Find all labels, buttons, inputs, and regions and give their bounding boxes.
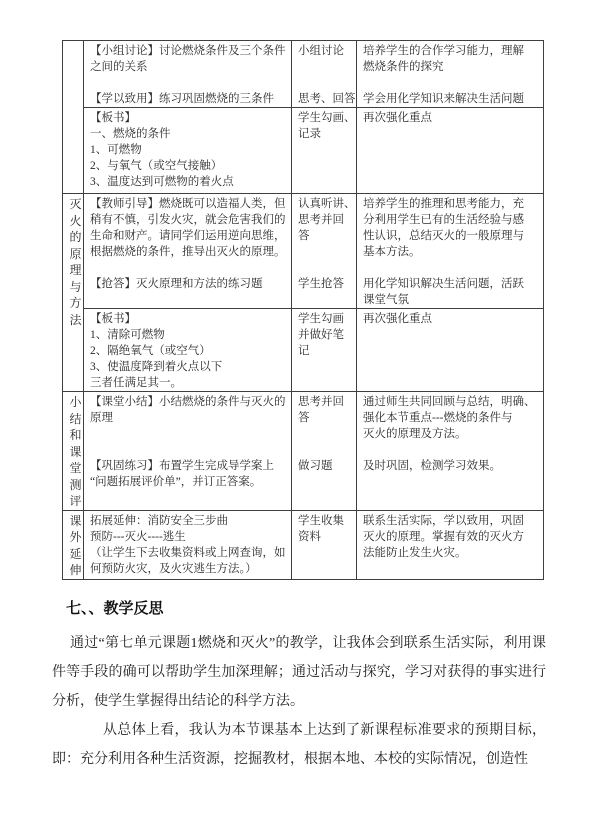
student-activity-text: 小组讨论 思考、回答: [298, 43, 352, 107]
cell-design-intent: 再次强化重点: [357, 108, 544, 194]
row-group-header-label: 小结和课堂测评: [69, 394, 82, 510]
design-intent-text: 再次强化重点: [363, 110, 539, 126]
cell-student-activity: 学生勾画 并做好笔 记: [292, 309, 357, 392]
cell-teacher-activity: 【课堂小结】小结燃烧的条件与灭火的 原理 【巩固练习】布置学生完成导学案上 “问…: [84, 392, 292, 511]
student-activity-text: 认真听讲、 思考并回 答 学生抢答: [298, 196, 352, 292]
cell-teacher-activity: 【教师引导】燃烧既可以造福人类，但 稍有不慎，引发火灾，就会危害我们的 生命和财…: [84, 194, 292, 309]
student-activity-text: 学生勾画 并做好笔 记: [298, 311, 352, 359]
table-row: 小结和课堂测评 【课堂小结】小结燃烧的条件与灭火的 原理 【巩固练习】布置学生完…: [63, 392, 544, 511]
student-activity-text: 学生勾画、 记录: [298, 110, 352, 142]
cell-design-intent: 再次强化重点: [357, 309, 544, 392]
cell-design-intent: 培养学生的推理和思考能力，充 分利用学生已有的生活经验与感 性认识，总结灭火的一…: [357, 194, 544, 309]
design-intent-text: 通过师生共同回顾与总结，明确、 强化本节重点---燃烧的条件与 灭火的原理及方法…: [363, 394, 539, 474]
cell-student-activity: 学生勾画、 记录: [292, 108, 357, 194]
row-group-header-label: 灭火的原理与方法: [69, 196, 82, 328]
row-group-header-label: 课外延伸: [69, 513, 82, 579]
reflection-paragraph-1: 通过“第七单元课题1燃烧和灭火”的教学，让我体会到联系生活实际，利用课件等手段的…: [52, 629, 546, 716]
cell-student-activity: 认真听讲、 思考并回 答 学生抢答: [292, 194, 357, 309]
table-row: 【板书】 一、燃烧的条件 1、可燃物 2、与氧气（或空气接触） 3、温度达到可燃…: [63, 108, 544, 194]
cell-teacher-activity: 【板书】 一、燃烧的条件 1、可燃物 2、与氧气（或空气接触） 3、温度达到可燃…: [84, 108, 292, 194]
cell-design-intent: 通过师生共同回顾与总结，明确、 强化本节重点---燃烧的条件与 灭火的原理及方法…: [357, 392, 544, 511]
student-activity-text: 学生收集 资料: [298, 513, 352, 545]
row-group-header-extension: 课外延伸: [63, 510, 84, 579]
row-group-header-empty: [63, 41, 84, 194]
cell-design-intent: 培养学生的合作学习能力，理解 燃烧条件的探究 学会用化学知识来解决生活问题: [357, 41, 544, 108]
teaching-reflection-section: 七、、教学反思 通过“第七单元课题1燃烧和灭火”的教学，让我体会到联系生活实际，…: [52, 598, 546, 774]
design-intent-text: 联系生活实际，学以致用，巩固 灭火的原理。掌握有效的灭火方 法能防止发生火灾。: [363, 513, 539, 561]
lesson-plan-table: 【小组讨论】讨论燃烧条件及三个条件 之间的关系 【学以致用】练习巩固燃烧的三条件…: [62, 40, 544, 580]
reflection-heading: 七、、教学反思: [66, 598, 546, 620]
cell-design-intent: 联系生活实际，学以致用，巩固 灭火的原理。掌握有效的灭火方 法能防止发生火灾。: [357, 510, 544, 579]
cell-teacher-activity: 【板书】 1、清除可燃物 2、隔绝氧气（或空气） 3、使温度降到着火点以下 三者…: [84, 309, 292, 392]
document-page: 【小组讨论】讨论燃烧条件及三个条件 之间的关系 【学以致用】练习巩固燃烧的三条件…: [0, 0, 593, 839]
design-intent-text: 培养学生的合作学习能力，理解 燃烧条件的探究 学会用化学知识来解决生活问题: [363, 43, 539, 107]
table-row: 【板书】 1、清除可燃物 2、隔绝氧气（或空气） 3、使温度降到着火点以下 三者…: [63, 309, 544, 392]
table-row: 【小组讨论】讨论燃烧条件及三个条件 之间的关系 【学以致用】练习巩固燃烧的三条件…: [63, 41, 544, 108]
cell-student-activity: 学生收集 资料: [292, 510, 357, 579]
row-group-header-summary: 小结和课堂测评: [63, 392, 84, 511]
student-activity-text: 思考并回 答 做习题: [298, 394, 352, 474]
cell-student-activity: 小组讨论 思考、回答: [292, 41, 357, 108]
row-group-header-extinguish: 灭火的原理与方法: [63, 194, 84, 392]
teacher-activity-text: 【板书】 1、清除可燃物 2、隔绝氧气（或空气） 3、使温度降到着火点以下 三者…: [90, 311, 287, 391]
reflection-paragraph-2: 从总体上看，我认为本节课基本上达到了新课程标准要求的预期目标，即：充分利用各种生…: [52, 716, 546, 774]
teacher-activity-text: 拓展延伸：消防安全三步曲 预防---灭火----逃生 （让学生下去收集资料或上网…: [90, 513, 287, 577]
teacher-activity-text: 【教师引导】燃烧既可以造福人类，但 稍有不慎，引发火灾，就会危害我们的 生命和财…: [90, 196, 287, 292]
design-intent-text: 再次强化重点: [363, 311, 539, 327]
design-intent-text: 培养学生的推理和思考能力，充 分利用学生已有的生活经验与感 性认识，总结灭火的一…: [363, 196, 539, 308]
table-row: 课外延伸 拓展延伸：消防安全三步曲 预防---灭火----逃生 （让学生下去收集…: [63, 510, 544, 579]
teacher-activity-text: 【小组讨论】讨论燃烧条件及三个条件 之间的关系 【学以致用】练习巩固燃烧的三条件: [90, 43, 287, 107]
cell-student-activity: 思考并回 答 做习题: [292, 392, 357, 511]
cell-teacher-activity: 拓展延伸：消防安全三步曲 预防---灭火----逃生 （让学生下去收集资料或上网…: [84, 510, 292, 579]
cell-teacher-activity: 【小组讨论】讨论燃烧条件及三个条件 之间的关系 【学以致用】练习巩固燃烧的三条件: [84, 41, 292, 108]
teacher-activity-text: 【板书】 一、燃烧的条件 1、可燃物 2、与氧气（或空气接触） 3、温度达到可燃…: [90, 110, 287, 190]
teacher-activity-text: 【课堂小结】小结燃烧的条件与灭火的 原理 【巩固练习】布置学生完成导学案上 “问…: [90, 394, 287, 490]
table-row: 灭火的原理与方法 【教师引导】燃烧既可以造福人类，但 稍有不慎，引发火灾，就会危…: [63, 194, 544, 309]
